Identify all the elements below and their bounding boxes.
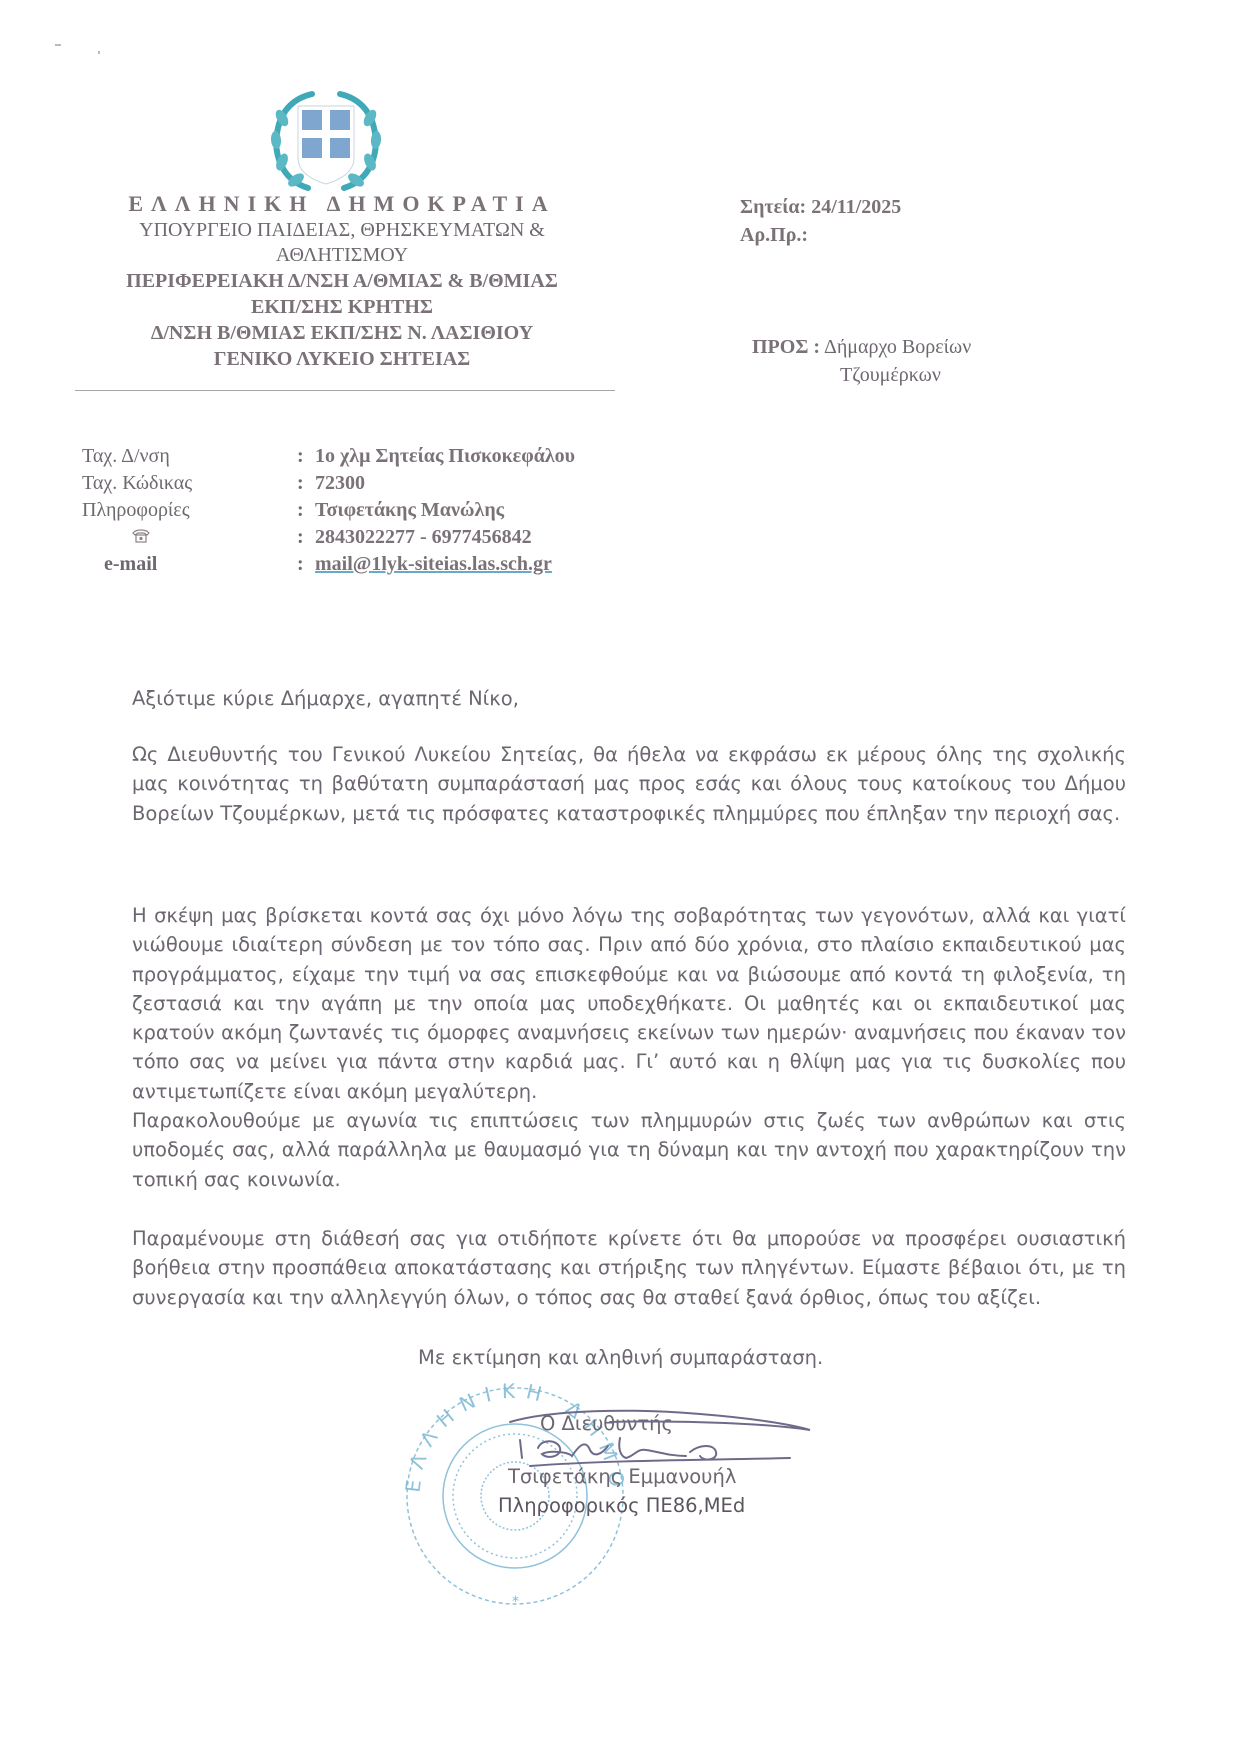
letterhead: ΕΛΛΗΝΙΚΗ ΔΗΜΟΚΡΑΤΙΑ ΥΠΟΥΡΓΕΙΟ ΠΑΙΔΕΙΑΣ, … — [72, 190, 612, 372]
contact-row-postcode: Ταχ. Κώδικας : 72300 — [82, 470, 575, 497]
date-block: Σητεία: 24/11/2025 Αρ.Πρ.: — [740, 193, 901, 249]
contact-info: Ταχ. Δ/νση : 1ο χλμ Σητείας Πισκοκεφάλου… — [82, 443, 575, 578]
contact-row-address: Ταχ. Δ/νση : 1ο χλμ Σητείας Πισκοκεφάλου — [82, 443, 575, 470]
contact-label: Ταχ. Δ/νση — [82, 445, 297, 468]
contact-value: Τσιφετάκης Μανώλης — [315, 499, 504, 522]
recipient-line-1: Δήμαρχο Βορείων — [824, 336, 971, 358]
letter-paragraph: Η σκέψη μας βρίσκεται κοντά σας όχι μόνο… — [132, 901, 1126, 1106]
scan-speck — [98, 51, 100, 54]
email-link[interactable]: mail@1lyk-siteias.las.sch.gr — [315, 553, 552, 576]
school-name: ΓΕΝΙΚΟ ΛΥΚΕΙΟ ΣΗΤΕΙΑΣ — [72, 346, 612, 372]
signer-role: Πληροφορικός ΠΕ86,MEd — [498, 1494, 745, 1517]
header-divider — [75, 390, 615, 391]
letter-greeting: Αξιότιμε κύριε Δήμαρχε, αγαπητέ Νίκο, — [132, 684, 1126, 713]
contact-row-email: e-mail : mail@1lyk-siteias.las.sch.gr — [82, 551, 575, 578]
recipient-line-2: Τζουμέρκων — [752, 361, 971, 389]
regional-directorate-line-1: ΠΕΡΙΦΕΡΕΙΑΚΗ Δ/ΝΣΗ Α/ΘΜΙΑΣ & Β/ΘΜΙΑΣ — [72, 268, 612, 294]
regional-directorate-line-2: ΕΚΠ/ΣΗΣ ΚΡΗΤΗΣ — [72, 294, 612, 320]
contact-label: Ταχ. Κώδικας — [82, 472, 297, 495]
contact-value: 1ο χλμ Σητείας Πισκοκεφάλου — [315, 445, 575, 468]
contact-row-info: Πληροφορίες : Τσιφετάκης Μανώλης — [82, 497, 575, 524]
contact-label: Πληροφορίες — [82, 499, 297, 522]
telephone-icon — [132, 529, 150, 543]
signer-name: Τσιφετάκης Εμμανουήλ — [508, 1465, 736, 1488]
letter-paragraph: Παρακολουθούμε με αγωνία τις επιπτώσεις … — [132, 1106, 1126, 1194]
letter-paragraph: Παραμένουμε στη διάθεσή σας για οτιδήποτ… — [132, 1224, 1126, 1312]
contact-value: 2843022277 - 6977456842 — [315, 526, 532, 549]
ministry-line-1: ΥΠΟΥΡΓΕΙΟ ΠΑΙΔΕΙΑΣ, ΘΡΗΣΚΕΥΜΑΤΩΝ & — [72, 218, 612, 243]
letter-paragraph: Ως Διευθυντής του Γενικού Λυκείου Σητεία… — [132, 740, 1126, 828]
contact-value: 72300 — [315, 472, 365, 495]
contact-row-phone: : 2843022277 - 6977456842 — [82, 524, 575, 551]
protocol-number-label: Αρ.Πρ.: — [740, 221, 901, 249]
recipient-label: ΠΡΟΣ : — [752, 336, 820, 358]
country-heading: ΕΛΛΗΝΙΚΗ ΔΗΜΟΚΡΑΤΙΑ — [72, 190, 612, 218]
svg-text:*: * — [512, 1594, 519, 1610]
letter-closing: Με εκτίμηση και αληθινή συμπαράσταση. — [418, 1346, 823, 1369]
ministry-line-2: ΑΘΛΗΤΙΣΜΟΥ — [72, 243, 612, 268]
contact-label: e-mail — [82, 553, 297, 576]
directorate-line: Δ/ΝΣΗ Β/ΘΜΙΑΣ ΕΚΠ/ΣΗΣ Ν. ΛΑΣΙΘΙΟΥ — [72, 320, 612, 346]
recipient-block: ΠΡΟΣ : Δήμαρχο Βορείων Τζουμέρκων — [752, 333, 971, 389]
letter-page: ΕΛΛΗΝΙΚΗ ΔΗΜΟΚΡΑΤΙΑ ΥΠΟΥΡΓΕΙΟ ΠΑΙΔΕΙΑΣ, … — [0, 0, 1240, 1754]
greek-coat-of-arms-icon — [268, 88, 384, 198]
place-date: Σητεία: 24/11/2025 — [740, 193, 901, 221]
scan-speck — [55, 44, 61, 46]
